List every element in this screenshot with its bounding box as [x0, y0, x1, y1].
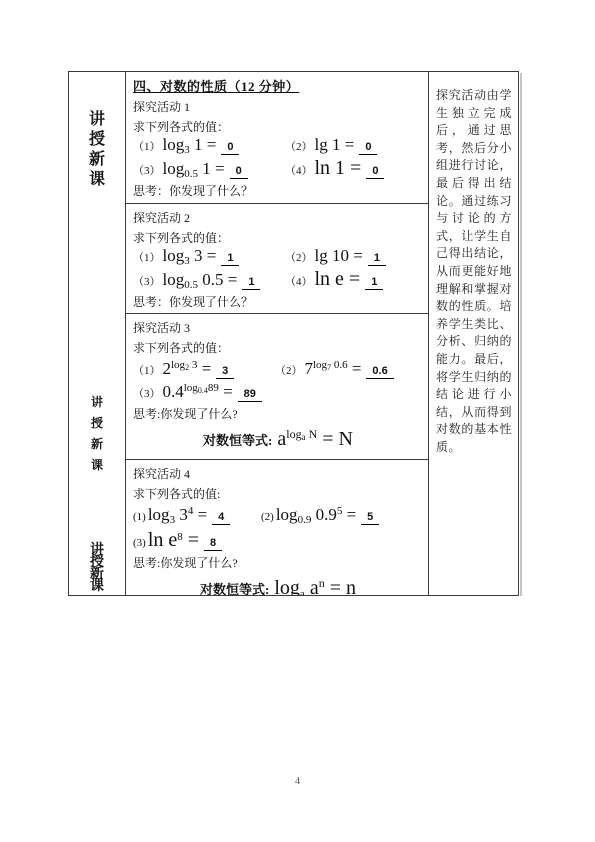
formula-line: （1）log3 1 =0（2）lg 1 =0: [133, 136, 423, 156]
lesson-plan-table: 讲授新课 讲授新课 讲授新课 四、对数的性质（12 分钟）探究活动 1求下列各式…: [68, 71, 519, 596]
activity-heading: 探究活动 3: [133, 319, 423, 336]
formula: log0.5 0.5 =: [163, 271, 238, 291]
item-number: (1): [133, 511, 146, 523]
formula-item: （4）ln 1 =0: [285, 157, 384, 179]
formula: log0.5 1 =: [163, 160, 225, 180]
instruction-text: 求下列各式的值:: [133, 485, 423, 502]
formula: 7log7 0.6 =: [305, 359, 362, 379]
answer-blank: 0: [230, 165, 248, 179]
item-number: （4）: [285, 162, 313, 178]
item-number: (3): [133, 537, 146, 549]
activity-heading: 探究活动 4: [133, 465, 423, 482]
table-edge-shadow: [520, 73, 522, 596]
identity-label: 对数恒等式:: [200, 582, 269, 595]
formula-line: （1）log3 3 =1（2）lg 10 =1: [133, 247, 423, 267]
answer-blank: 8: [204, 537, 222, 551]
activity-section-2: 探究活动 2求下列各式的值：（1）log3 3 =1（2）lg 10 =1（3）…: [126, 204, 428, 314]
instruction-text: 求下列各式的值：: [133, 118, 423, 135]
activity-heading: 探究活动 2: [133, 209, 423, 226]
think-prompt: 思考:你发现了什么?: [133, 554, 423, 571]
answer-blank: 0: [221, 141, 239, 155]
item-number: （1）: [133, 138, 161, 154]
formula: lg 1 =: [315, 136, 355, 155]
think-prompt: 思考:你发现了什么?: [133, 405, 423, 422]
formula: log3 34 =: [148, 505, 207, 526]
activity-section-4: 探究活动 4求下列各式的值:(1)log3 34 =4(2)log0.9 0.9…: [126, 460, 428, 595]
formula-line: （3）0.4log0.489 =89: [133, 382, 423, 402]
formula-item: （3）log0.5 0.5 =1: [133, 271, 285, 291]
item-number: （2）: [275, 362, 303, 378]
item-number: （1）: [133, 249, 161, 265]
instruction-text: 求下列各式的值：: [133, 339, 423, 356]
formula: ln e8 =: [148, 529, 199, 551]
identity-formula: aloga N = N: [272, 428, 353, 450]
document-page: 讲授新课 讲授新课 讲授新课 四、对数的性质（12 分钟）探究活动 1求下列各式…: [0, 0, 595, 842]
answer-blank: 5: [361, 511, 379, 525]
formula-line: （1）2log2 3 =3（2）7log7 0.6 =0.6: [133, 359, 423, 379]
formula: ln e =: [315, 268, 361, 290]
formula: 2log2 3 =: [163, 359, 212, 379]
teaching-phase-label-3: 讲授新课: [90, 545, 105, 593]
formula-line: （3）log0.5 0.5 =1（4）ln e =1: [133, 268, 423, 291]
answer-blank: 1: [368, 252, 386, 266]
identity-formula: loga an = n: [269, 577, 356, 595]
item-number: （3）: [133, 273, 161, 289]
activity-section-1: 四、对数的性质（12 分钟）探究活动 1求下列各式的值：（1）log3 1 =0…: [126, 72, 428, 204]
formula: 0.4log0.489 =: [163, 382, 233, 402]
item-number: （3）: [133, 385, 161, 401]
answer-blank: 3: [216, 365, 234, 379]
content-column: 四、对数的性质（12 分钟）探究活动 1求下列各式的值：（1）log3 1 =0…: [126, 72, 429, 595]
formula-item: (3)ln e8 =8: [133, 529, 222, 551]
formula: log3 1 =: [163, 136, 217, 156]
formula-line: (1)log3 34 =4(2)log0.9 0.95 =5: [133, 505, 423, 526]
answer-blank: 0: [366, 165, 384, 179]
teacher-notes-column: 探究活动由学生独立完成后，通过思考，然后分小组进行讨论，最后得出结论。通过练习与…: [429, 72, 518, 595]
activity-section-3: 探究活动 3求下列各式的值：（1）2log2 3 =3（2）7log7 0.6 …: [126, 314, 428, 460]
formula-line: (3)ln e8 =8: [133, 529, 423, 551]
identity-label: 对数恒等式:: [203, 433, 272, 448]
identity-line: 对数恒等式: loga an = n: [133, 576, 423, 595]
formula-item: （3）0.4log0.489 =89: [133, 382, 262, 402]
answer-blank: 0: [359, 141, 377, 155]
item-number: （2）: [285, 138, 313, 154]
section-title: 四、对数的性质（12 分钟）: [133, 76, 423, 95]
instruction-text: 求下列各式的值：: [133, 229, 423, 246]
item-number: （1）: [133, 362, 161, 378]
formula-item: （1）log3 3 =1: [133, 247, 285, 267]
teaching-phase-label-2: 讲授新课: [90, 392, 104, 476]
formula-item: (2)log0.9 0.95 =5: [261, 505, 379, 526]
teaching-phase-label-1: 讲授新课: [89, 110, 106, 190]
answer-blank: 4: [212, 511, 230, 525]
formula: lg 10 =: [315, 247, 363, 266]
formula-item: （2）lg 10 =1: [285, 247, 386, 266]
answer-blank: 1: [221, 252, 239, 266]
answer-blank: 1: [242, 276, 260, 290]
formula-item: （2）lg 1 =0: [285, 136, 377, 155]
activity-heading: 探究活动 1: [133, 98, 423, 115]
teaching-phase-column: 讲授新课 讲授新课 讲授新课: [69, 72, 126, 595]
formula-line: （3）log0.5 1 =0（4）ln 1 =0: [133, 157, 423, 180]
item-number: （2）: [285, 249, 313, 265]
identity-line: 对数恒等式: aloga N = N: [133, 427, 423, 451]
formula-item: （1）log3 1 =0: [133, 136, 285, 156]
item-number: （4）: [285, 273, 313, 289]
formula: ln 1 =: [315, 157, 362, 179]
item-number: （3）: [133, 162, 161, 178]
formula-item: （3）log0.5 1 =0: [133, 160, 285, 180]
formula: log0.9 0.95 =: [276, 505, 356, 526]
think-prompt: 思考：你发现了什么？: [133, 293, 423, 310]
think-prompt: 思考：你发现了什么？: [133, 182, 423, 199]
formula-item: （1）2log2 3 =3: [133, 359, 275, 379]
formula: log3 3 =: [163, 247, 217, 267]
page-number: 4: [0, 776, 595, 787]
answer-blank: 0.6: [366, 365, 393, 379]
formula-item: (1)log3 34 =4: [133, 505, 261, 526]
answer-blank: 89: [238, 388, 262, 402]
formula-item: （2）7log7 0.6 =0.6: [275, 359, 394, 379]
teacher-notes-text: 探究活动由学生独立完成后，通过思考，然后分小组进行讨论，最后得出结论。通过练习与…: [436, 87, 512, 456]
answer-blank: 1: [365, 276, 383, 290]
item-number: (2): [261, 511, 274, 523]
formula-item: （4）ln e =1: [285, 268, 383, 290]
